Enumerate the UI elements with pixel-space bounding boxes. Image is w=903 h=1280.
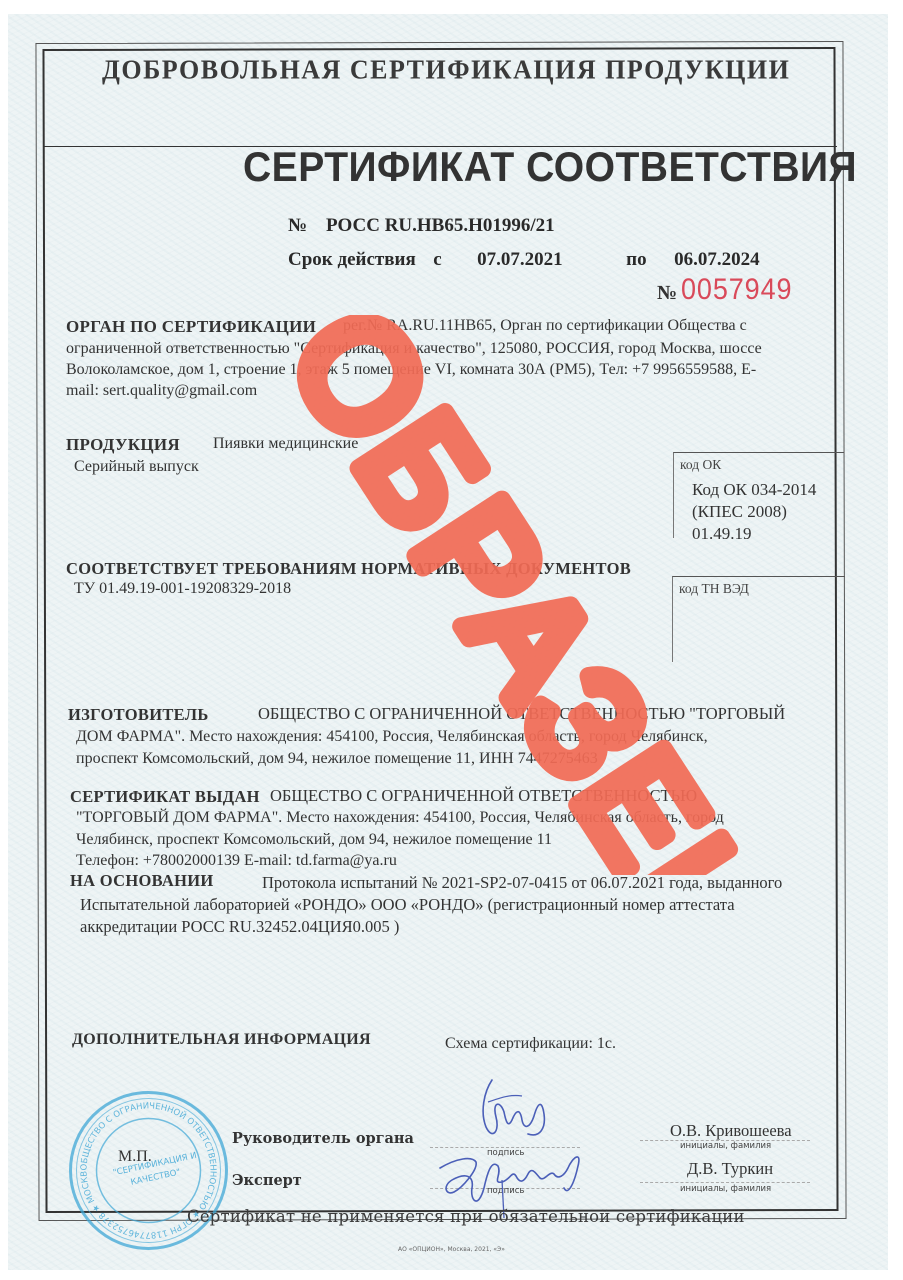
validity-to-date: 06.07.2024 — [674, 249, 760, 271]
product-release-type: Серийный выпуск — [74, 458, 199, 476]
manufacturer-label: ИЗГОТОВИТЕЛЬ — [68, 705, 209, 725]
validity-to-label: по — [626, 249, 646, 271]
head-name-caption: инициалы, фамилия — [680, 1141, 771, 1151]
head-role-label: Руководитель органа — [232, 1130, 414, 1147]
ok-code-box: код ОК Код ОК 034-2014 (КПЕС 2008) 01.49… — [673, 452, 844, 538]
organization-seal-stamp: ОБЩЕСТВО С ОГРАНИЧЕННОЙ ОТВЕТСТВЕННОСТЬЮ… — [66, 1088, 231, 1253]
manufacturer-line-2: ДОМ ФАРМА". Место нахождения: 454100, Ро… — [76, 726, 708, 748]
ok-code-line-3: 01.49.19 — [692, 523, 816, 545]
conformity-label: СООТВЕТСТВУЕТ ТРЕБОВАНИЯМ НОРМАТИВНЫХ ДО… — [66, 559, 631, 579]
validity-period: Срок действия с 07.07.2021 по 06.07.2024 — [288, 249, 760, 271]
printer-imprint: АО «ОПЦИОН», Москва, 2021, «Э» — [398, 1246, 505, 1253]
manufacturer-line-1: ОБЩЕСТВО С ОГРАНИЧЕННОЙ ОТВЕТСТВЕННОСТЬЮ… — [258, 704, 785, 724]
validity-from-date: 07.07.2021 — [477, 249, 563, 271]
certificate-title: СЕРТИФИКАТ СООТВЕТСТВИЯ — [243, 143, 857, 191]
head-name: О.В. Кривошеева — [670, 1121, 792, 1141]
tnved-code-caption: код ТН ВЭД — [679, 581, 749, 597]
certificate-number: №РОСС RU.HB65.H01996/21 — [288, 215, 555, 237]
expert-name-caption: инициалы, фамилия — [680, 1184, 771, 1194]
validity-from-label: с — [433, 249, 441, 271]
product-label: ПРОДУКЦИЯ — [66, 435, 180, 455]
basis-line-1: Протокола испытаний № 2021-SP2-07-0415 о… — [262, 873, 782, 893]
ok-code-line-1: Код ОК 034-2014 — [692, 479, 816, 501]
basis-label: НА ОСНОВАНИИ — [70, 871, 213, 891]
additional-info-label: ДОПОЛНИТЕЛЬНАЯ ИНФОРМАЦИЯ — [72, 1031, 371, 1049]
issued-to-line-4: Телефон: +78002000139 E-mail: td.farma@y… — [76, 850, 724, 872]
expert-name-line — [640, 1182, 810, 1183]
certification-body-details: ограниченной ответственностью "Сертифика… — [66, 338, 762, 401]
certification-body-line-3: Волоколамское, дом 1, строение 1, этаж 5… — [66, 359, 762, 380]
blank-serial-number: №0057949 — [657, 273, 805, 307]
voluntary-certification-header: ДОБРОВОЛЬНАЯ СЕРТИФИКАЦИЯ ПРОДУКЦИИ — [102, 54, 790, 86]
issued-to-line-3: Челябинск, проспект Комсомольский, дом 9… — [76, 829, 724, 851]
expert-name: Д.В. Туркин — [687, 1159, 773, 1179]
basis-line-3: аккредитации РОСС RU.32452.04ЦИЯ0.005 ) — [80, 916, 735, 938]
certificate-number-value: РОСС RU.HB65.H01996/21 — [326, 215, 555, 236]
validity-label: Срок действия — [288, 249, 416, 271]
ok-code-caption: код ОК — [680, 457, 721, 473]
certification-body-line-1: рег.№ RA.RU.11HB65, Орган по сертификаци… — [343, 317, 747, 335]
certification-scheme: Схема сертификации: 1с. — [445, 1035, 616, 1053]
head-signature-caption: подпись — [487, 1148, 524, 1158]
seal-place-label: М.П. — [118, 1148, 152, 1166]
certification-body-label: ОРГАН ПО СЕРТИФИКАЦИИ — [66, 317, 316, 337]
serial-sign: № — [657, 282, 677, 304]
ok-code-line-2: (КПЕС 2008) — [692, 501, 816, 523]
ok-code-values: Код ОК 034-2014 (КПЕС 2008) 01.49.19 — [692, 479, 816, 545]
basis-details: Испытательной лабораторией «РОНДО» ООО «… — [80, 894, 735, 938]
certification-body-line-4: mail: sert.quality@gmail.com — [66, 380, 762, 401]
conformity-standard: ТУ 01.49.19-001-19208329-2018 — [74, 580, 291, 598]
product-name: Пиявки медицинские — [213, 435, 358, 453]
issued-to-line-1: ОБЩЕСТВО С ОГРАНИЧЕННОЙ ОТВЕТСТВЕННОСТЬЮ — [270, 786, 697, 806]
expert-role-label: Эксперт — [232, 1172, 302, 1189]
basis-line-2: Испытательной лабораторией «РОНДО» ООО «… — [80, 894, 735, 916]
certification-body-line-2: ограниченной ответственностью "Сертифика… — [66, 338, 762, 359]
manufacturer-details: ДОМ ФАРМА". Место нахождения: 454100, Ро… — [76, 726, 708, 770]
number-sign: № — [288, 215, 326, 237]
issued-to-line-2: "ТОРГОВЫЙ ДОМ ФАРМА". Место нахождения: … — [76, 807, 724, 829]
tnved-code-box: код ТН ВЭД — [672, 576, 845, 662]
issued-to-details: "ТОРГОВЫЙ ДОМ ФАРМА". Место нахождения: … — [76, 807, 724, 872]
manufacturer-line-3: проспект Комсомольский, дом 94, нежилое … — [76, 748, 708, 770]
serial-value: 0057949 — [681, 273, 792, 307]
expert-signature-caption: подпись — [487, 1186, 524, 1196]
disclaimer-text: Сертификат не применяется при обязательн… — [187, 1207, 745, 1226]
issued-to-label: СЕРТИФИКАТ ВЫДАН — [70, 787, 260, 807]
